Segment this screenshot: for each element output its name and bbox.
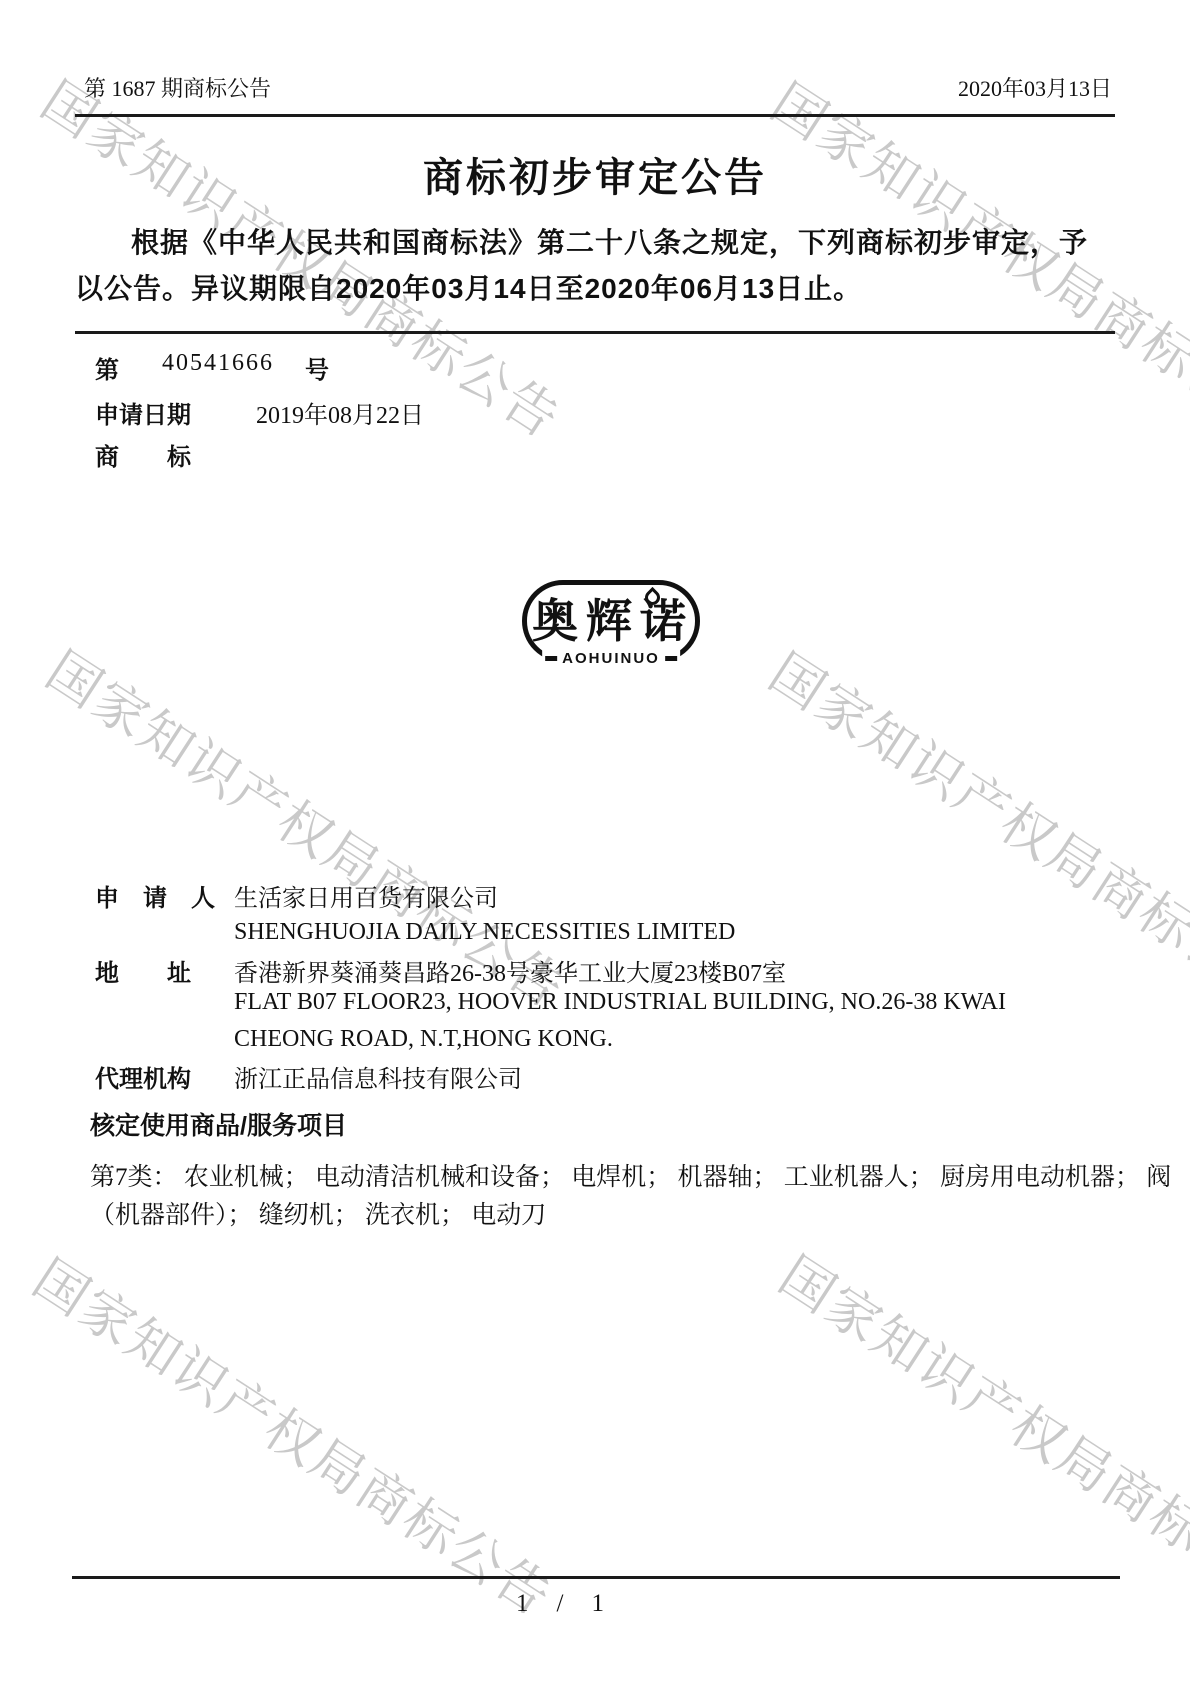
page-separator: /	[557, 1590, 564, 1618]
agent-label: 代理机构	[95, 1059, 191, 1094]
logo-name-cn: 奥辉诺	[531, 597, 695, 645]
goods-line-1: 第7类： 农业机械； 电动清洁机械和设备； 电焊机； 机器轴； 工业机器人； 厨…	[90, 1157, 1171, 1193]
address-label: 地 址	[95, 953, 191, 988]
footer-rule	[72, 1576, 1120, 1579]
goods-line-2: （机器部件）； 缝纫机； 洗衣机； 电动刀	[90, 1195, 546, 1231]
applicant-name-en: SHENGHUOJIA DAILY NECESSITIES LIMITED	[234, 919, 735, 946]
header-issue-label: 第 1687 期商标公告	[84, 72, 271, 103]
section-rule	[75, 331, 1115, 334]
address-en-line-1: FLAT B07 FLOOR23, HOOVER INDUSTRIAL BUIL…	[234, 989, 1006, 1016]
logo-name-en-band: AOHUINUO	[542, 650, 680, 667]
page-indicator: 1 / 1	[460, 1590, 660, 1618]
trademark-label: 商 标	[95, 437, 191, 472]
notice-intro-line-1: 根据《中华人民共和国商标法》第二十八条之规定，下列商标初步审定，予	[75, 221, 1088, 261]
page-current: 1	[516, 1590, 529, 1618]
page-total: 1	[591, 1590, 604, 1618]
address-cn: 香港新界葵涌葵昌路26-38号豪华工业大厦23楼B07室	[234, 953, 786, 988]
watermark-text: 国家知识产权局商标公告	[767, 1235, 1190, 1628]
address-en-line-2: CHEONG ROAD, N.T,HONG KONG.	[234, 1026, 613, 1053]
applicant-label: 申 请 人	[95, 878, 215, 913]
notice-title: 商标初步审定公告	[75, 146, 1115, 203]
logo-border-dash	[545, 656, 557, 661]
watermark-text: 国家知识产权局商标公告	[21, 1238, 570, 1631]
reg-number-value: 40541666	[162, 350, 274, 377]
logo-border-dash	[665, 656, 677, 661]
logo-name-en: AOHUINUO	[562, 650, 660, 667]
apply-date-label: 申请日期	[95, 395, 191, 430]
notice-intro-line-2: 以公告。异议期限自2020年03月14日至2020年06月13日止。	[75, 267, 862, 307]
apply-date-value: 2019年08月22日	[256, 395, 424, 430]
reg-number-prefix: 第	[95, 350, 119, 385]
reg-number-suffix: 号	[305, 350, 329, 385]
agent-name: 浙江正品信息科技有限公司	[234, 1059, 522, 1094]
watermark-text: 国家知识产权局商标公告	[757, 632, 1190, 1025]
header-date: 2020年03月13日	[958, 72, 1112, 103]
trademark-logo: 奥辉诺 AOHUINUO	[522, 580, 700, 662]
header-rule	[75, 114, 1115, 117]
goods-heading: 核定使用商品/服务项目	[90, 1106, 347, 1142]
gazette-page: 国家知识产权局商标公告 国家知识产权局商标公告 国家知识产权局商标公告 国家知识…	[0, 0, 1190, 1684]
applicant-name-cn: 生活家日用百货有限公司	[234, 878, 498, 913]
